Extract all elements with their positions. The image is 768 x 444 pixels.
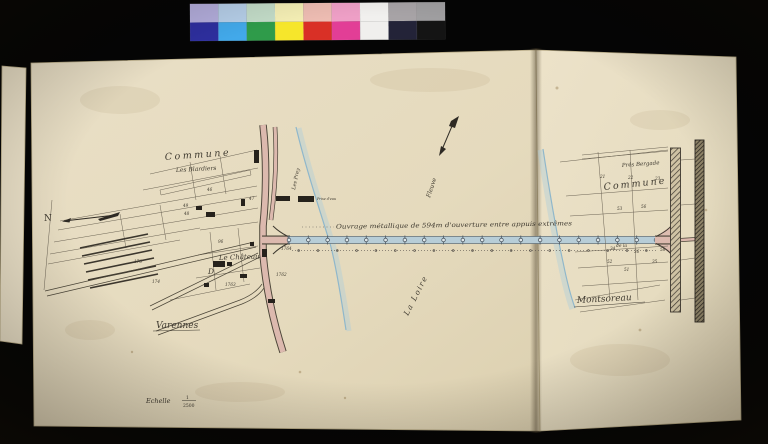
calibration-swatch: [332, 21, 360, 40]
bridge-pier-circle: [480, 238, 484, 242]
parcel-number: 58: [660, 247, 666, 252]
calibration-swatch: [190, 22, 218, 41]
parcel-number: 170: [134, 259, 142, 264]
bridge-deck-band: [288, 237, 657, 244]
bridge-pier-circle: [616, 238, 620, 242]
parcel-number: 35: [652, 259, 658, 264]
north-letter: N: [44, 214, 52, 224]
parcel-number: 52: [607, 259, 613, 264]
calibration-swatch: [247, 3, 275, 22]
bridge-pier-circle: [307, 238, 311, 242]
calibration-swatch: [417, 2, 445, 21]
bridge-pier-circle: [461, 238, 465, 242]
bridge-pier-circle: [596, 238, 600, 242]
bridge-pier-circle: [538, 238, 542, 242]
parcel-number: 34: [610, 246, 616, 251]
bridge-pier-circle: [577, 238, 581, 242]
calibration-swatch: [303, 22, 331, 41]
calibration-swatch: [303, 3, 331, 22]
calibration-swatch: [388, 21, 416, 40]
le-chateau-label: Le Château: [218, 253, 260, 262]
prise-deau-label: Prise d'eau: [316, 197, 336, 201]
scale-denominator: 2500: [183, 403, 195, 409]
outer-road-hatched: [695, 140, 704, 322]
calibration-swatch: [332, 3, 360, 22]
calibration-swatch: [417, 21, 445, 40]
scanned-plan-image: Commune Les Blardiers Le Château Varenne…: [0, 0, 768, 444]
bridge-pier-circle: [558, 238, 562, 242]
bridge-pier-circle: [345, 238, 349, 242]
bridge-pier-circle: [287, 238, 291, 242]
calibration-swatch: [218, 3, 246, 22]
parcel-number: 96: [218, 239, 224, 244]
bridge-pier-circle: [326, 238, 330, 242]
calibration-swatch: [247, 22, 275, 41]
parcel-number: 53: [617, 206, 623, 211]
parcel-number: 49: [182, 203, 189, 208]
varennes-label: Varennes: [156, 321, 199, 331]
calibration-swatch: [360, 3, 388, 22]
parcel-number: 46: [206, 187, 213, 192]
archival-photo-canvas: { "photo": { "background": "#050505", "c…: [0, 0, 768, 444]
parcel-number: 22: [627, 175, 634, 180]
left-sheet-edge: [0, 66, 26, 344]
calibration-swatch: [360, 21, 388, 40]
calibration-swatch: [218, 22, 246, 41]
bridge-pier-circle: [500, 238, 504, 242]
bridge-pier-circle: [403, 238, 407, 242]
parcel-number: 23: [654, 176, 661, 181]
parcel-number: 1762: [276, 272, 287, 277]
scale-numerator: 1: [186, 395, 189, 401]
parcel-number: 21: [599, 174, 605, 179]
parcel-number: 1764: [281, 246, 292, 251]
bridge-pier-circle: [442, 238, 446, 242]
section-letter-d: D: [207, 267, 214, 276]
bridge-pier-circle: [635, 238, 639, 242]
parcel-number: 1763: [225, 282, 236, 287]
calibration-swatch: [388, 2, 416, 21]
de-la-label: de la: [616, 243, 627, 249]
calibration-swatch: [275, 3, 303, 22]
bridge-pier-circle: [519, 238, 523, 242]
levee-road-hatched: [671, 148, 681, 312]
calibration-swatch: [190, 4, 218, 23]
parcel-number: 36: [634, 249, 640, 254]
bridge-pier-circle: [364, 238, 368, 242]
bridge-pier-circle: [422, 238, 426, 242]
calibration-swatch: [275, 22, 303, 41]
scale-label: Echelle: [145, 397, 171, 405]
color-calibration-bar: [190, 2, 445, 41]
bridge-pier-circle: [384, 238, 388, 242]
parcel-number: 48: [183, 211, 190, 216]
parcel-number: 51: [624, 267, 629, 272]
parcel-number: 56: [641, 204, 647, 209]
parcel-number: 47: [248, 196, 255, 201]
parcel-number: 174: [152, 279, 160, 284]
